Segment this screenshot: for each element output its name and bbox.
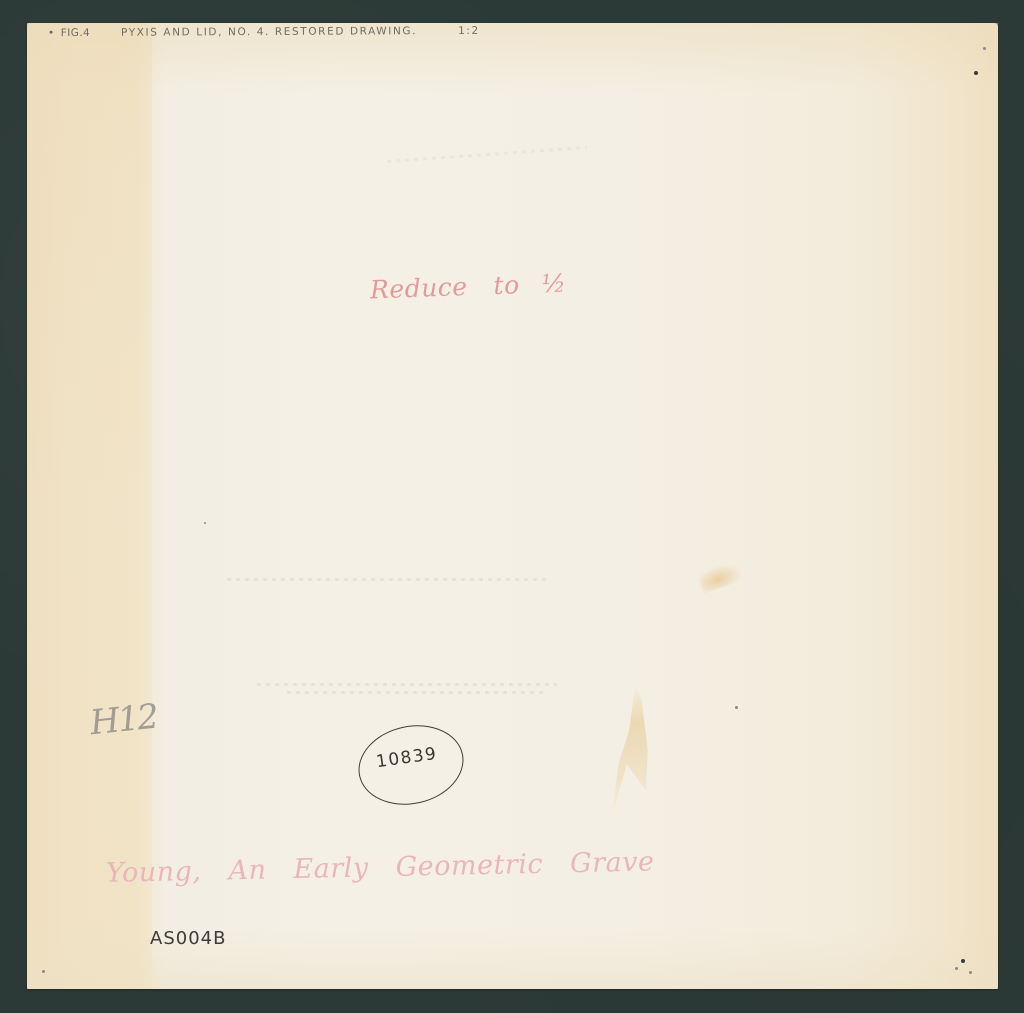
- pin-hole: [974, 71, 978, 75]
- citation-word: Young,: [106, 856, 202, 889]
- citation-word: Geometric: [395, 849, 543, 883]
- document-sheet: [27, 23, 998, 989]
- figure-caption: • FIG.4 PYXIS AND LID, NO. 4. RESTORED D…: [48, 25, 480, 39]
- instruction-word: to: [493, 270, 520, 300]
- pin-hole: [983, 47, 986, 50]
- pin-hole: [969, 971, 972, 974]
- water-stain: [610, 686, 652, 816]
- pin-hole: [955, 967, 958, 970]
- show-through-line: [227, 578, 547, 581]
- show-through-line: [257, 683, 557, 686]
- catalog-number: AS004B: [150, 928, 226, 949]
- pencil-mark: H12: [88, 697, 159, 744]
- citation-word: Early: [293, 852, 369, 885]
- figure-scale: 1:2: [458, 25, 480, 37]
- citation-word: Grave: [570, 846, 655, 879]
- figure-title: PYXIS AND LID, NO. 4. RESTORED DRAWING.: [121, 25, 417, 39]
- caption-bullet: •: [48, 27, 56, 39]
- citation-word: An: [228, 855, 267, 887]
- stain-spot: [697, 558, 746, 594]
- pin-hole: [735, 706, 738, 709]
- figure-number: FIG.4: [61, 27, 90, 39]
- pin-hole: [961, 959, 965, 963]
- show-through-line: [387, 146, 587, 163]
- pin-hole: [204, 522, 206, 524]
- pin-hole: [42, 970, 45, 973]
- show-through-line: [287, 691, 547, 694]
- instruction-fraction: ½: [541, 269, 567, 299]
- instruction-word: Reduce: [370, 272, 468, 304]
